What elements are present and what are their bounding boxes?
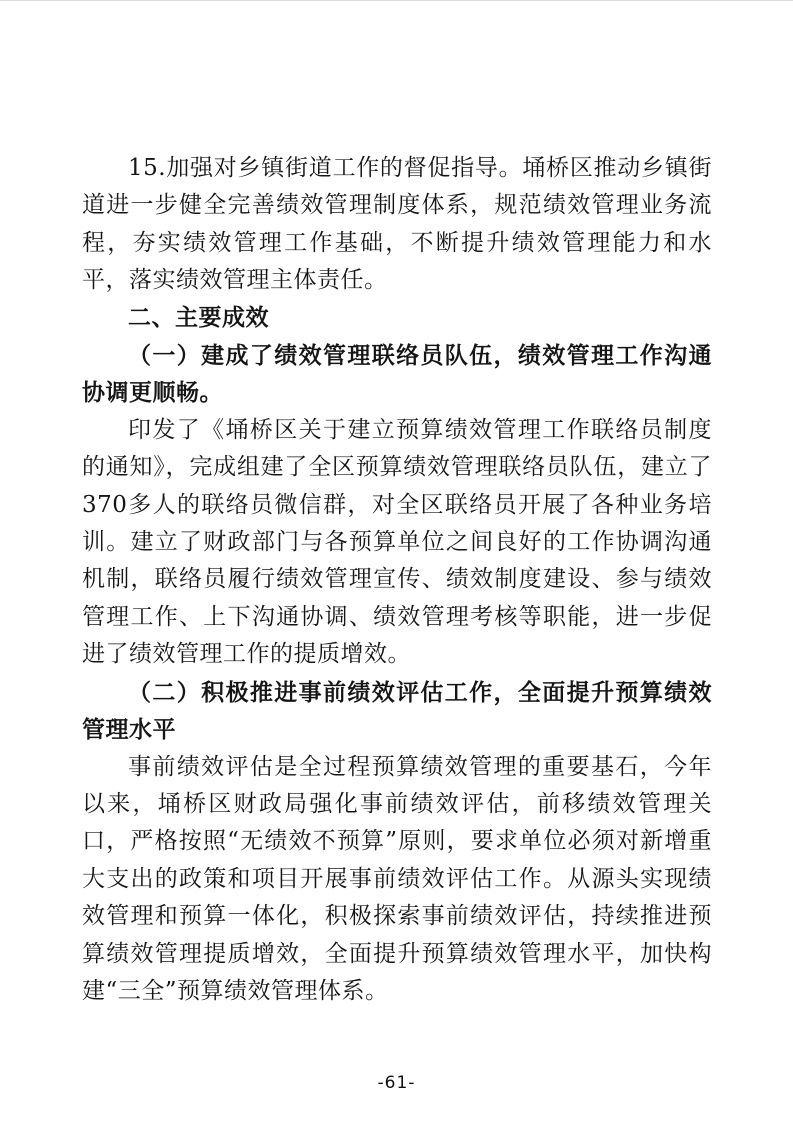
paragraph-liaison-details: 印发了《埇桥区关于建立预算绩效管理工作联络员制度的通知》，完成组建了全区预算绩效… (82, 412, 712, 674)
section-heading-main-achievements: 二、主要成效 (82, 300, 712, 337)
subsection-heading-liaison-team: （一）建成了绩效管理联络员队伍，绩效管理工作沟通协调更顺畅。 (82, 337, 712, 412)
document-body: 15.加强对乡镇街道工作的督促指导。埇桥区推动乡镇街道进一步健全完善绩效管理制度… (82, 150, 712, 1010)
page-number: -61- (0, 1073, 793, 1093)
document-page: 15.加强对乡镇街道工作的督促指导。埇桥区推动乡镇街道进一步健全完善绩效管理制度… (0, 0, 793, 1123)
subsection-heading-pre-evaluation: （二）积极推进事前绩效评估工作，全面提升预算绩效管理水平 (82, 674, 712, 749)
paragraph-township-guidance: 15.加强对乡镇街道工作的督促指导。埇桥区推动乡镇街道进一步健全完善绩效管理制度… (82, 150, 712, 300)
paragraph-pre-evaluation-details: 事前绩效评估是全过程预算绩效管理的重要基石，今年以来，埇桥区财政局强化事前绩效评… (82, 749, 712, 1011)
